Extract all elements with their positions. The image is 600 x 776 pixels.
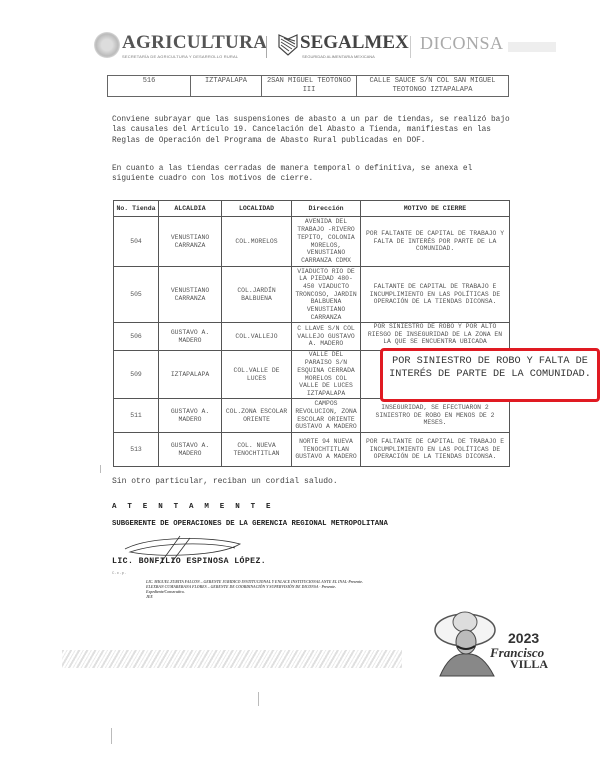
ccp-label: C.c.p. (112, 572, 126, 576)
table-row: 505VENUSTIANO CARRANZACOL.JARDÍN BALBUEN… (114, 267, 510, 323)
table-cell: CALLE SAUCE S/N COL SAN MIGUEL TEOTONGO … (357, 76, 509, 97)
cc-list: LIC. MIGUEL ZURITA FALCON – GERENTE JURI… (146, 580, 363, 600)
segalmex-logo: SEGALMEX (300, 32, 409, 54)
page-badge (508, 42, 556, 52)
cell-localidad: COL.VALLE DE LUCES (222, 351, 292, 399)
table-row: 511GUSTAVO A. MADEROCOL.ZONA ESCOLAR ORI… (114, 399, 510, 433)
closing-salutation: Sin otro particular, reciban un cordial … (112, 477, 338, 486)
cell-alcaldia: GUSTAVO A. MADERO (159, 323, 222, 351)
cell-tienda: 511 (114, 399, 159, 433)
divider (266, 36, 267, 58)
table-row: 513GUSTAVO A. MADEROCOL. NUEVA TENOCHTIT… (114, 433, 510, 467)
cell-direccion: VIADUCTO RIO DE LA PIEDAD 480-450 VIADUC… (292, 267, 361, 323)
cell-tienda: 504 (114, 217, 159, 267)
cell-localidad: COL.ZONA ESCOLAR ORIENTE (222, 399, 292, 433)
divider (410, 36, 411, 58)
cell-tienda: 513 (114, 433, 159, 467)
col-header-direccion: Dirección (292, 201, 361, 217)
agricultura-subtitle: SECRETARÍA DE AGRICULTURA Y DESARROLLO R… (122, 54, 238, 59)
diconsa-logo: DICONSA (420, 33, 504, 54)
col-header-alcaldia: ALCALDIA (159, 201, 222, 217)
cell-alcaldia: VENUSTIANO CARRANZA (159, 217, 222, 267)
table-header-row: No. Tienda ALCALDIA LOCALIDAD Dirección … (114, 201, 510, 217)
cell-motivo: FALTANTE DE CAPITAL DE TRABAJO E INCUMPL… (361, 267, 510, 323)
cell-alcaldia: VENUSTIANO CARRANZA (159, 267, 222, 323)
cell-alcaldia: GUSTAVO A. MADERO (159, 399, 222, 433)
closure-table: No. Tienda ALCALDIA LOCALIDAD Dirección … (113, 200, 510, 467)
cell-localidad: COL.JARDÍN BALBUENA (222, 267, 292, 323)
signatory-name: LIC. BONFILIO ESPINOSA LÓPEZ. (112, 557, 266, 566)
cell-alcaldia: IZTAPALAPA (159, 351, 222, 399)
col-header-motivo: MOTIVO DE CIERRE (361, 201, 510, 217)
cell-tienda: 506 (114, 323, 159, 351)
continued-store-table: 516 IZTAPALAPA 2SAN MIGUEL TEOTONGO III … (107, 75, 509, 97)
cell-direccion: VALLE DEL PARAISO S/N ESQUINA CERRADA MO… (292, 351, 361, 399)
decorative-pattern-band (62, 650, 402, 668)
cell-direccion: C LLAVE S/N COL VALLEJO GUSTAVO A. MADER… (292, 323, 361, 351)
table-row: 516 IZTAPALAPA 2SAN MIGUEL TEOTONGO III … (108, 76, 509, 97)
cell-direccion: NORTE 94 NUEVA TENOCHTITLAN GUSTAVO A MA… (292, 433, 361, 467)
cell-direccion: AVENIDA DEL TRABAJO -RIVERO TEPITO, COLO… (292, 217, 361, 267)
cell-alcaldia: GUSTAVO A. MADERO (159, 433, 222, 467)
table-row: 506GUSTAVO A. MADEROCOL.VALLEJOC LLAVE S… (114, 323, 510, 351)
scan-mark (100, 465, 101, 473)
segalmex-subtitle: SEGURIDAD ALIMENTARIA MEXICANA (302, 54, 375, 59)
cell-tienda: 505 (114, 267, 159, 323)
atentamente-label: A T E N T A M E N T E (112, 503, 274, 511)
cell-motivo: POR FALTANTE DE CAPITAL DE TRABAJO Y FAL… (361, 217, 510, 267)
cell-motivo: INSEGURIDAD, SE EFECTUARON 2 SINIESTRO D… (361, 399, 510, 433)
scan-mark (258, 692, 259, 706)
cell-motivo: POR FALTANTE DE CAPITAL DE TRABAJO E INC… (361, 433, 510, 467)
cell-localidad: COL. NUEVA TENOCHTITLAN (222, 433, 292, 467)
cell-localidad: COL.MORELOS (222, 217, 292, 267)
segalmex-shield-icon (278, 33, 298, 57)
col-header-tienda: No. Tienda (114, 201, 159, 217)
paragraph-closures: En cuanto a las tiendas cerradas de mane… (112, 164, 512, 185)
highlight-callout: POR SINIESTRO DE ROBO Y FALTA DE INTERÉS… (380, 348, 600, 402)
cell-tienda: 509 (114, 351, 159, 399)
agricultura-logo: AGRICULTURA (122, 32, 267, 54)
year-label: 2023 (508, 630, 539, 646)
motivo-text: POR SINIESTRO DE ROBO Y POR ALTO RIESGO … (363, 323, 507, 350)
paragraph-suspensions: Conviene subrayar que las suspensiones d… (112, 115, 512, 146)
cc-line: JEE (146, 595, 363, 600)
national-seal-icon (94, 32, 120, 58)
letterhead: AGRICULTURA SECRETARÍA DE AGRICULTURA Y … (90, 30, 570, 70)
cell-direccion: CAMPOS REVOLUCION, ZONA ESCOLAR ORIENTE … (292, 399, 361, 433)
scan-mark (111, 728, 112, 744)
table-row: 504VENUSTIANO CARRANZACOL.MORELOSAVENIDA… (114, 217, 510, 267)
signatory-position: SUBGERENTE DE OPERACIONES DE LA GERENCIA… (112, 520, 388, 528)
cell-motivo: POR SINIESTRO DE ROBO Y POR ALTO RIESGO … (361, 323, 510, 351)
commemorative-name-2: VILLA (510, 657, 548, 672)
table-cell: IZTAPALAPA (191, 76, 262, 97)
col-header-localidad: LOCALIDAD (222, 201, 292, 217)
table-cell: 516 (108, 76, 191, 97)
cell-localidad: COL.VALLEJO (222, 323, 292, 351)
table-cell: 2SAN MIGUEL TEOTONGO III (262, 76, 357, 97)
